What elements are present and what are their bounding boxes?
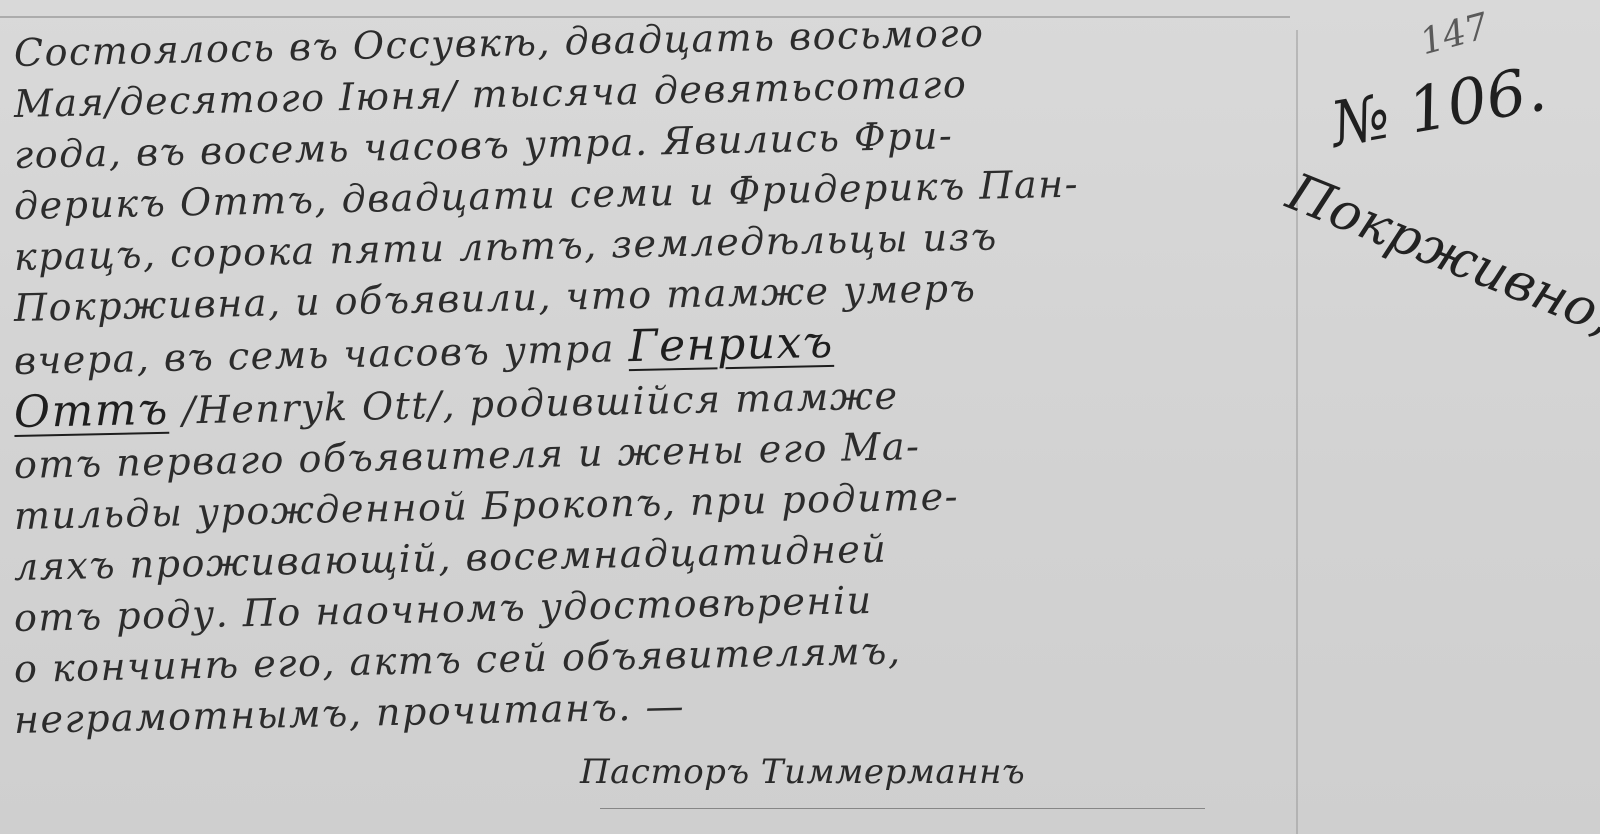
pastor-signature: Пасторъ Тиммерманнъ [580,752,1025,792]
village-margin-note: Покрживно, [1279,162,1600,347]
deceased-surname: Оттъ [13,384,169,438]
folio-number: 147 [1416,6,1493,63]
scanned-page: 147 № 106. Покрживно, Состоялось въ Оссу… [0,0,1600,834]
signature-underline [600,808,1205,809]
record-line-text: вчера, въ семь часовъ утра [14,326,616,383]
record-number: № 106. [1325,52,1551,161]
record-body: Состоялось въ Оссувкѣ, двадцать восьмого… [14,28,1304,746]
deceased-first-name: Генрихъ [628,317,834,372]
